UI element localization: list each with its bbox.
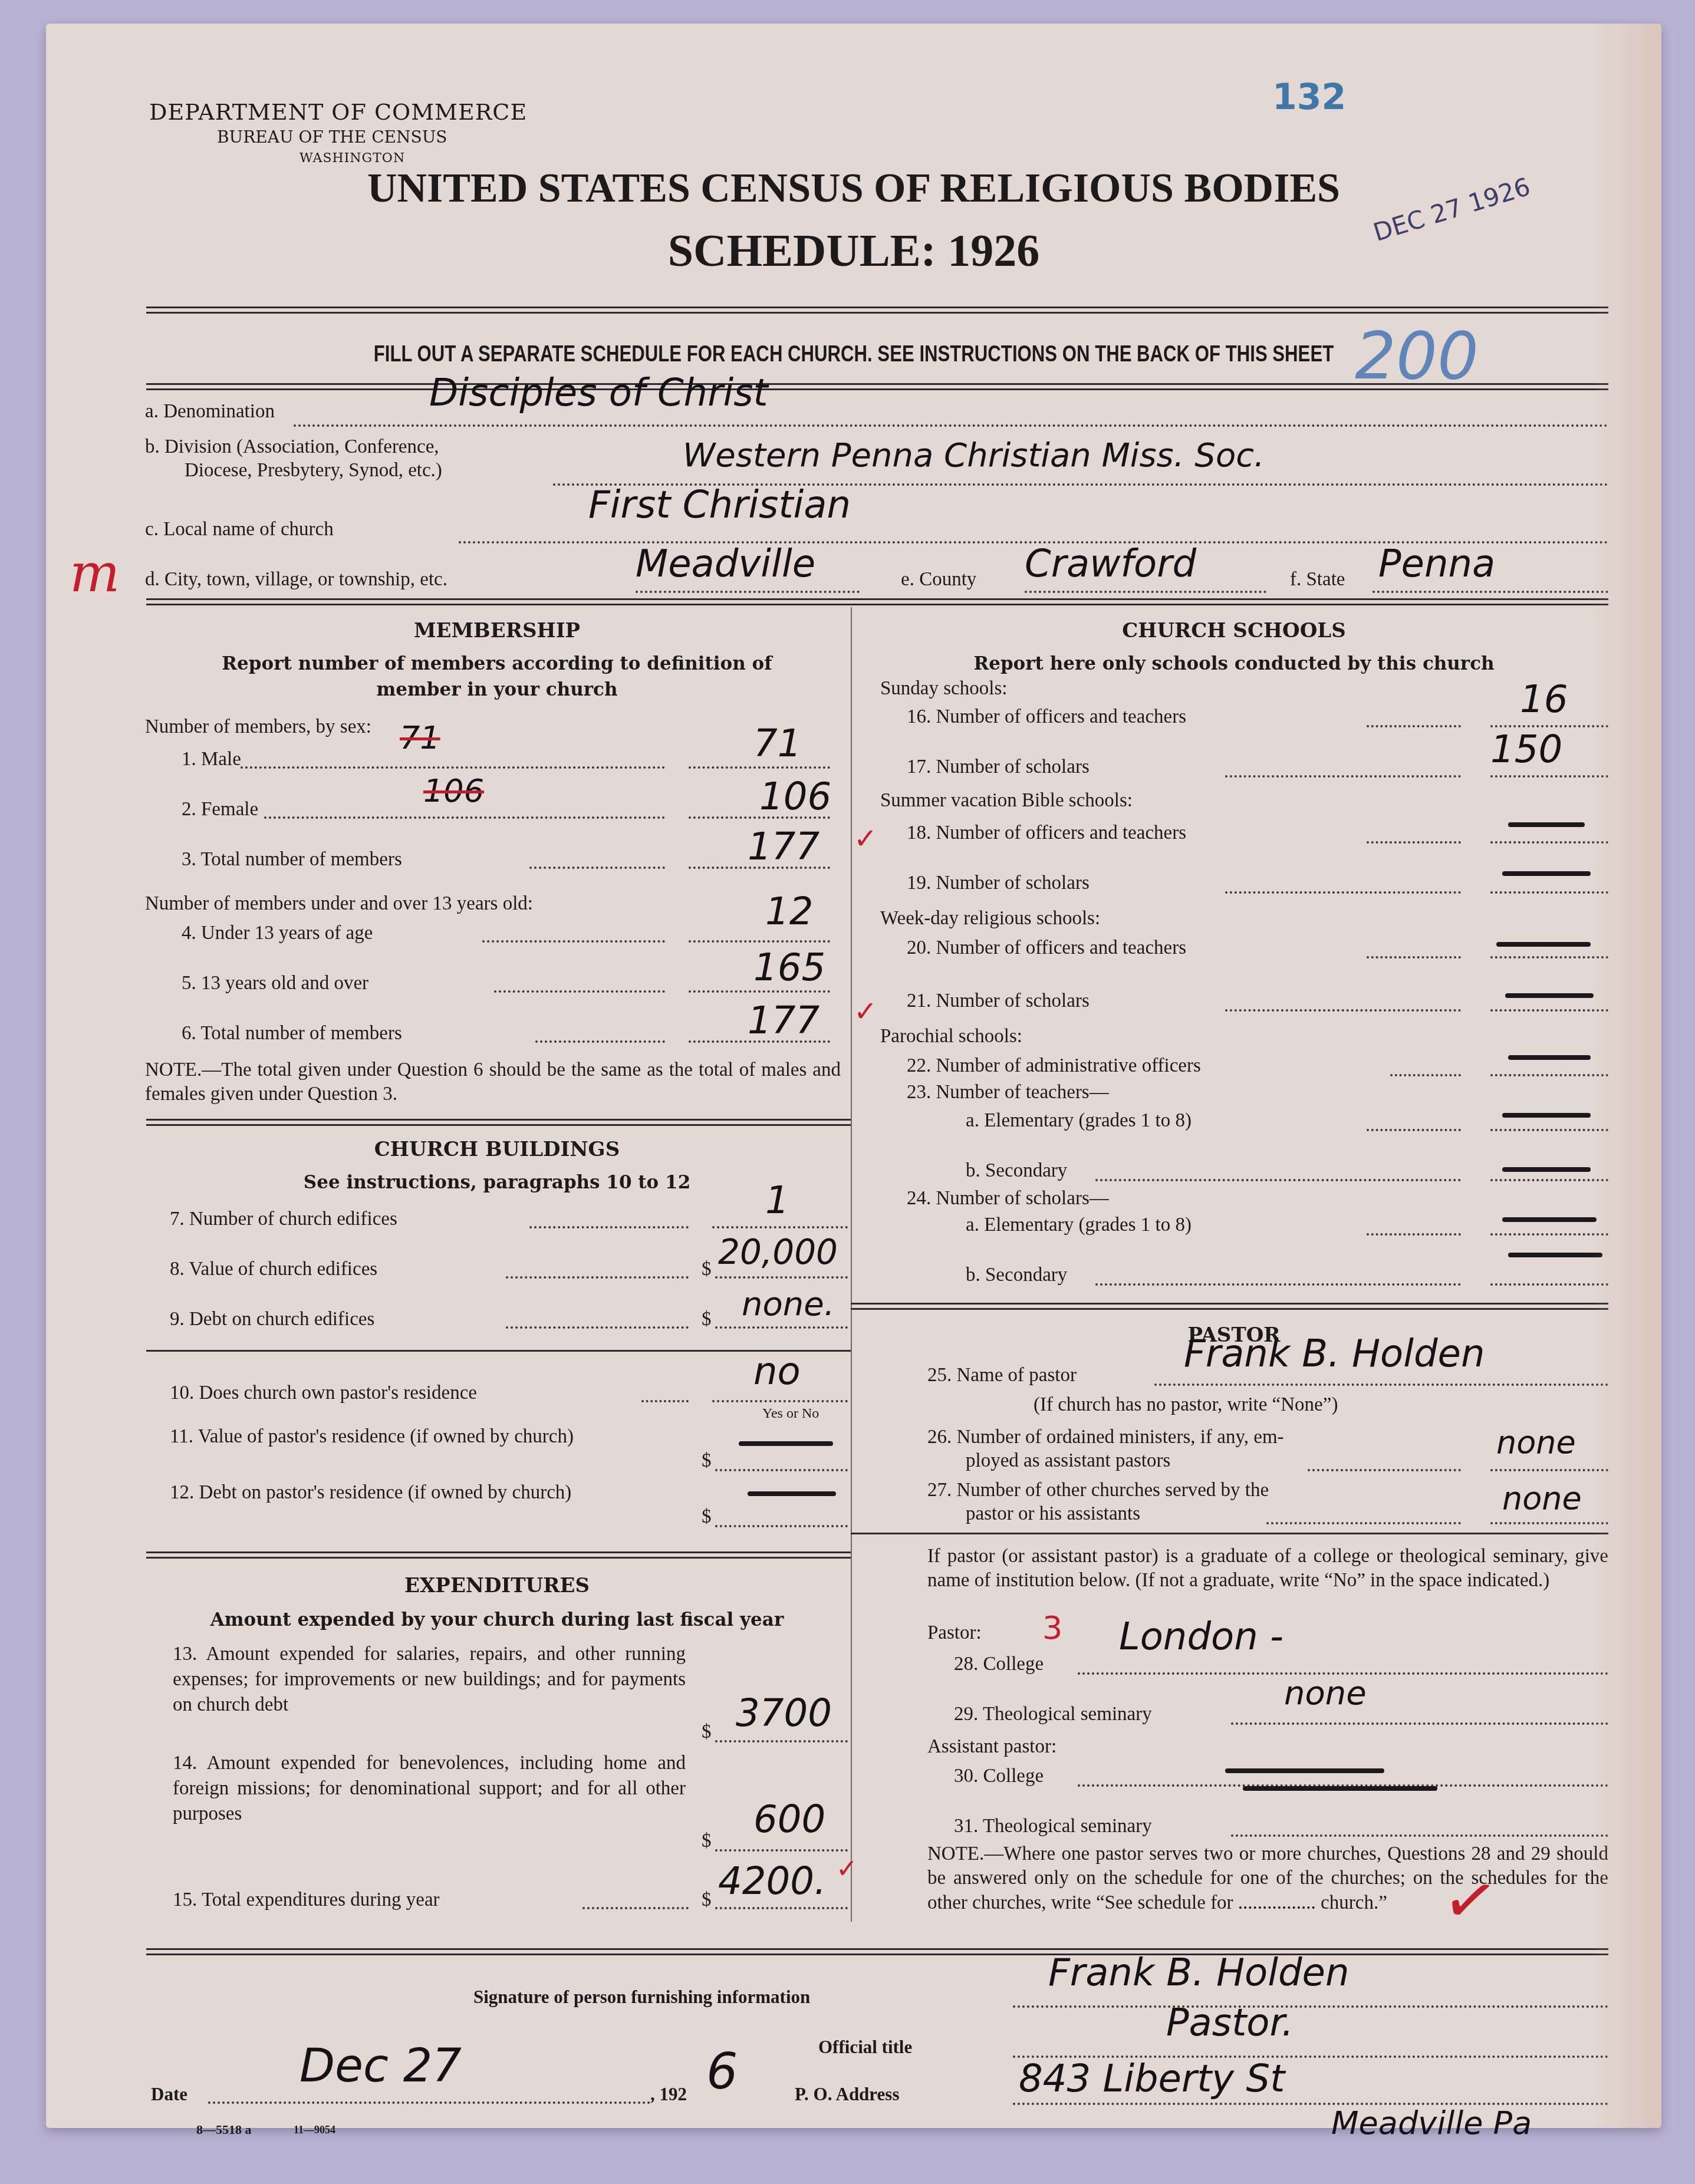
- pastor-seminary-line: [1231, 1722, 1608, 1725]
- weekday-officers-answer-line: [1490, 956, 1608, 958]
- division-label-line1: b. Division (Association, Conference,: [145, 436, 439, 458]
- teachers-secondary-label: b. Secondary: [966, 1160, 1067, 1182]
- division-field[interactable]: Western Penna Christian Miss. Soc.: [683, 436, 1265, 475]
- address-label: P. O. Address: [795, 2084, 899, 2105]
- male-field[interactable]: 71: [753, 722, 801, 766]
- signature-field[interactable]: Frank B. Holden: [1048, 1951, 1350, 1995]
- sunday-scholars-line: [1225, 775, 1461, 778]
- over-13-label: 5. 13 years old and over: [182, 973, 368, 994]
- assistant-seminary-field[interactable]: [1243, 1786, 1437, 1791]
- membership-subtitle-2: member in your church: [146, 679, 848, 700]
- dollar-sign: $: [702, 1889, 712, 1911]
- edifices-count-label: 7. Number of church edifices: [170, 1208, 397, 1230]
- bureau-heading: BUREAU OF THE CENSUS: [217, 127, 447, 147]
- date-field[interactable]: Dec 27: [299, 2040, 462, 2093]
- benevolences-answer-line: [715, 1849, 848, 1852]
- summer-scholars-line: [1225, 891, 1461, 894]
- sunday-officers-answer-line: [1490, 725, 1608, 727]
- scholars-elementary-line: [1367, 1233, 1461, 1236]
- parochial-schools-label: Parochial schools:: [880, 1026, 1022, 1047]
- sunday-officers-line: [1367, 725, 1461, 727]
- membership-subtitle-1: Report number of members according to de…: [146, 653, 848, 674]
- department-heading: DEPARTMENT OF COMMERCE: [149, 99, 527, 125]
- by-age-label: Number of members under and over 13 year…: [145, 893, 533, 915]
- assistant-pastor-label: Assistant pastor:: [927, 1736, 1057, 1758]
- city-label: d. City, town, village, or township, etc…: [145, 569, 447, 591]
- dollar-sign: $: [702, 1450, 712, 1472]
- pastor-college-group-label: Pastor:: [927, 1622, 982, 1644]
- residence-value-answer-line: [715, 1469, 848, 1471]
- total-expenditures-line: [582, 1907, 689, 1909]
- other-churches-answer-line: [1490, 1522, 1608, 1524]
- address-city-field[interactable]: Meadville Pa: [1331, 2104, 1532, 2142]
- total-members-field[interactable]: 177: [748, 825, 819, 869]
- benevolences-label: 14. Amount expended for benevolences, in…: [173, 1751, 686, 1827]
- sunday-scholars-answer-line: [1490, 775, 1608, 778]
- weekday-scholars-line: [1225, 1009, 1461, 1012]
- state-label: f. State: [1290, 569, 1345, 591]
- divider: [851, 1533, 1608, 1534]
- teachers-secondary-line: [1095, 1179, 1461, 1181]
- year-field[interactable]: 6: [706, 2043, 738, 2100]
- edifices-debt-line: [506, 1326, 689, 1329]
- column-divider: [851, 607, 852, 1922]
- red-mark-3: 3: [1042, 1609, 1062, 1646]
- sunday-schools-label: Sunday schools:: [880, 678, 1007, 700]
- local-name-label: c. Local name of church: [145, 519, 334, 541]
- weekday-scholars-label: 21. Number of scholars: [907, 990, 1090, 1012]
- edifices-value-label: 8. Value of church edifices: [170, 1259, 377, 1280]
- summer-officers-label: 18. Number of officers and teachers: [907, 822, 1186, 844]
- male-line: [241, 766, 665, 769]
- total-members-line: [529, 867, 665, 869]
- scholars-secondary-field[interactable]: [1508, 1253, 1602, 1257]
- assistant-ministers-label-1: 26. Number of ordained ministers, if any…: [927, 1427, 1284, 1448]
- weekday-schools-label: Week-day religious schools:: [880, 908, 1100, 930]
- dollar-sign: $: [702, 1721, 712, 1743]
- assistant-seminary-line: [1231, 1834, 1608, 1837]
- divider: [146, 307, 1608, 314]
- other-churches-label-1: 27. Number of other churches served by t…: [927, 1480, 1269, 1501]
- female-label: 2. Female: [182, 799, 258, 821]
- summer-schools-label: Summer vacation Bible schools:: [880, 790, 1133, 812]
- running-expenses-answer-line: [715, 1740, 848, 1742]
- print-number: 11—9054: [294, 2124, 335, 2136]
- edifices-debt-label: 9. Debt on church edifices: [170, 1309, 374, 1330]
- dollar-sign: $: [702, 1830, 712, 1852]
- assistant-ministers-field[interactable]: none: [1496, 1424, 1576, 1461]
- pastor-seminary-field[interactable]: none: [1284, 1674, 1367, 1712]
- over-13-line: [494, 990, 665, 993]
- divider: [146, 1551, 851, 1559]
- membership-title: MEMBERSHIP: [146, 619, 848, 643]
- signature-label: Signature of person furnishing informati…: [473, 1987, 810, 2008]
- pastor-college-field[interactable]: London -: [1119, 1615, 1283, 1659]
- admin-officers-label: 22. Number of administrative officers: [907, 1055, 1201, 1077]
- year-prefix: , 192: [650, 2084, 687, 2105]
- summer-scholars-field[interactable]: [1502, 871, 1591, 876]
- dollar-sign: $: [702, 1506, 712, 1528]
- residence-value-field[interactable]: [739, 1441, 833, 1446]
- denomination-label: a. Denomination: [145, 401, 275, 423]
- assistant-ministers-line: [1308, 1469, 1461, 1471]
- city-line: [636, 591, 860, 593]
- divider: [146, 1948, 1608, 1955]
- owns-residence-label: 10. Does church own pastor's residence: [170, 1382, 477, 1404]
- pastor-name-field[interactable]: Frank B. Holden: [1184, 1332, 1485, 1376]
- running-expenses-field[interactable]: 3700: [736, 1692, 832, 1735]
- pastor-name-line: [1154, 1383, 1608, 1386]
- yes-or-no-hint: Yes or No: [762, 1406, 819, 1422]
- red-check-icon: ✓: [836, 1854, 858, 1884]
- edifices-value-field[interactable]: 20,000: [718, 1232, 838, 1272]
- city-heading: WASHINGTON: [299, 151, 405, 166]
- scholars-secondary-label: b. Secondary: [966, 1264, 1067, 1286]
- residence-debt-answer-line: [715, 1525, 848, 1527]
- owns-residence-answer-line: [712, 1400, 848, 1402]
- buildings-subtitle: See instructions, paragraphs 10 to 12: [146, 1172, 848, 1193]
- teachers-elementary-answer-line: [1490, 1129, 1608, 1131]
- pastor-college-label: 28. College: [954, 1653, 1044, 1675]
- edifices-debt-answer-line: [715, 1326, 848, 1329]
- sunday-officers-label: 16. Number of officers and teachers: [907, 706, 1186, 728]
- edifices-value-line: [506, 1276, 689, 1279]
- female-field[interactable]: 106: [759, 775, 831, 819]
- total-members-label: 3. Total number of members: [182, 849, 402, 871]
- assistant-college-label: 30. College: [954, 1765, 1044, 1787]
- divider: [851, 1303, 1608, 1310]
- other-churches-label-2: pastor or his assistants: [966, 1503, 1140, 1525]
- form-number: 8—5518 a: [196, 2122, 252, 2137]
- buildings-title: CHURCH BUILDINGS: [146, 1138, 848, 1161]
- edifices-debt-field[interactable]: none.: [742, 1285, 835, 1323]
- city-field[interactable]: Meadville: [636, 542, 815, 586]
- teachers-elementary-field[interactable]: [1502, 1113, 1591, 1118]
- stamp-number: 132: [1272, 77, 1346, 118]
- residence-debt-label: 12. Debt on pastor's residence (if owned…: [170, 1480, 683, 1506]
- weekday-officers-field[interactable]: [1496, 942, 1591, 947]
- by-sex-label: Number of members, by sex:: [145, 716, 371, 738]
- under-13-line: [482, 940, 665, 943]
- date-label: Date: [151, 2084, 187, 2105]
- sunday-scholars-field[interactable]: 150: [1490, 728, 1562, 772]
- scholars-elementary-field[interactable]: [1502, 1217, 1597, 1222]
- teachers-secondary-field[interactable]: [1502, 1167, 1591, 1172]
- admin-officers-answer-line: [1490, 1074, 1608, 1076]
- graduate-instructions: If pastor (or assistant pastor) is a gra…: [927, 1544, 1608, 1593]
- assistant-college-field[interactable]: [1225, 1768, 1384, 1773]
- local-name-field[interactable]: First Christian: [588, 483, 851, 527]
- schools-title: CHURCH SCHOOLS: [857, 619, 1611, 643]
- admin-officers-field[interactable]: [1508, 1055, 1591, 1060]
- instruction-banner: FILL OUT A SEPARATE SCHEDULE FOR EACH CH…: [192, 342, 1516, 367]
- female-line: [264, 816, 665, 819]
- county-label: e. County: [901, 569, 976, 591]
- total-members-2-label: 6. Total number of members: [182, 1023, 402, 1045]
- division-label-line2: Diocese, Presbytery, Synod, etc.): [185, 460, 442, 482]
- red-margin-mark: m: [70, 542, 120, 604]
- state-line: [1373, 591, 1608, 593]
- divider: [146, 1119, 851, 1126]
- divider: [146, 383, 1608, 390]
- sunday-officers-field[interactable]: 16: [1520, 678, 1568, 722]
- scholars-elementary-answer-line: [1490, 1233, 1608, 1236]
- dollar-sign: $: [702, 1309, 712, 1330]
- census-schedule-form: DEPARTMENT OF COMMERCE BUREAU OF THE CEN…: [46, 24, 1661, 2128]
- residence-debt-field[interactable]: [748, 1491, 836, 1496]
- edifices-count-answer-line: [712, 1226, 848, 1228]
- expenditures-subtitle: Amount expended by your church during la…: [146, 1609, 848, 1630]
- weekday-officers-line: [1367, 956, 1461, 958]
- county-line: [1025, 591, 1266, 593]
- other-churches-field[interactable]: none: [1502, 1480, 1582, 1517]
- teachers-elementary-line: [1367, 1129, 1461, 1131]
- over-13-field[interactable]: 165: [753, 946, 825, 990]
- edifices-count-line: [529, 1226, 689, 1228]
- scholars-label: 24. Number of scholars—: [907, 1188, 1109, 1210]
- teachers-elementary-label: a. Elementary (grades 1 to 8): [966, 1110, 1192, 1132]
- teachers-secondary-answer-line: [1490, 1179, 1608, 1181]
- scholars-secondary-answer-line: [1490, 1283, 1608, 1286]
- benevolences-field[interactable]: 600: [753, 1798, 825, 1842]
- under-13-field[interactable]: 12: [765, 890, 813, 934]
- total-expenditures-answer-line: [715, 1907, 848, 1909]
- dollar-sign: $: [702, 1259, 712, 1280]
- sunday-scholars-label: 17. Number of scholars: [907, 756, 1090, 778]
- divider: [146, 1350, 851, 1352]
- female-struck-entry: 106: [423, 772, 484, 809]
- summer-officers-field[interactable]: [1508, 822, 1585, 827]
- edifices-value-answer-line: [715, 1276, 848, 1279]
- county-field[interactable]: Crawford: [1025, 542, 1196, 586]
- under-13-label: 4. Under 13 years of age: [182, 923, 373, 944]
- scholars-elementary-label: a. Elementary (grades 1 to 8): [966, 1214, 1192, 1236]
- male-label: 1. Male: [182, 749, 241, 770]
- admin-officers-line: [1390, 1074, 1461, 1076]
- residence-value-label: 11. Value of pastor's residence (if owne…: [170, 1424, 683, 1450]
- multi-church-note: NOTE.—Where one pastor serves two or mor…: [927, 1842, 1608, 1915]
- weekday-scholars-answer-line: [1490, 1009, 1608, 1012]
- assistant-ministers-answer-line: [1490, 1469, 1608, 1471]
- denomination-field[interactable]: Disciples of Christ: [429, 371, 768, 415]
- male-struck-entry: 71: [400, 719, 440, 756]
- total-members-2-line: [535, 1040, 665, 1043]
- schools-subtitle: Report here only schools conducted by th…: [857, 653, 1611, 674]
- assistant-ministers-label-2: ployed as assistant pastors: [966, 1450, 1170, 1472]
- total-expenditures-label: 15. Total expenditures during year: [173, 1889, 440, 1911]
- summer-officers-answer-line: [1490, 841, 1608, 844]
- owns-residence-line: [641, 1400, 689, 1402]
- teachers-label: 23. Number of teachers—: [907, 1082, 1109, 1103]
- over-13-answer-line: [689, 990, 830, 993]
- edifices-count-field[interactable]: 1: [765, 1179, 789, 1223]
- red-check-icon: ✓: [854, 822, 877, 855]
- weekday-scholars-field[interactable]: [1505, 993, 1594, 998]
- weekday-officers-label: 20. Number of officers and teachers: [907, 937, 1186, 959]
- red-check-icon: ✓: [854, 995, 877, 1028]
- summer-officers-line: [1367, 841, 1461, 844]
- owns-residence-field[interactable]: no: [753, 1350, 801, 1394]
- summer-scholars-answer-line: [1490, 891, 1608, 894]
- pastor-name-label: 25. Name of pastor: [927, 1365, 1077, 1386]
- address-field[interactable]: 843 Liberty St: [1019, 2057, 1285, 2101]
- total-expenditures-field[interactable]: 4200.: [718, 1860, 826, 1903]
- summer-scholars-label: 19. Number of scholars: [907, 872, 1090, 894]
- signature-line: [1013, 2005, 1608, 2008]
- total-members-2-field[interactable]: 177: [748, 999, 819, 1043]
- under-13-answer-line: [689, 940, 830, 943]
- state-field[interactable]: Penna: [1378, 542, 1495, 586]
- male-answer-line: [689, 766, 830, 769]
- other-churches-line: [1266, 1522, 1461, 1524]
- denomination-line: [294, 424, 1608, 427]
- date-line: [208, 2101, 650, 2104]
- membership-note: NOTE.—The total given under Question 6 s…: [145, 1058, 841, 1107]
- divider: [146, 598, 1608, 605]
- expenditures-title: EXPENDITURES: [146, 1574, 848, 1597]
- pastor-seminary-label: 29. Theological seminary: [954, 1704, 1152, 1725]
- running-expenses-label: 13. Amount expended for salaries, repair…: [173, 1642, 686, 1718]
- pastor-name-hint: (If church has no pastor, write “None”): [1034, 1394, 1338, 1416]
- scholars-secondary-line: [1095, 1283, 1461, 1286]
- official-title-field[interactable]: Pastor.: [1166, 2001, 1294, 2045]
- official-title-label: Official title: [818, 2037, 912, 2058]
- assistant-seminary-label: 31. Theological seminary: [954, 1816, 1152, 1837]
